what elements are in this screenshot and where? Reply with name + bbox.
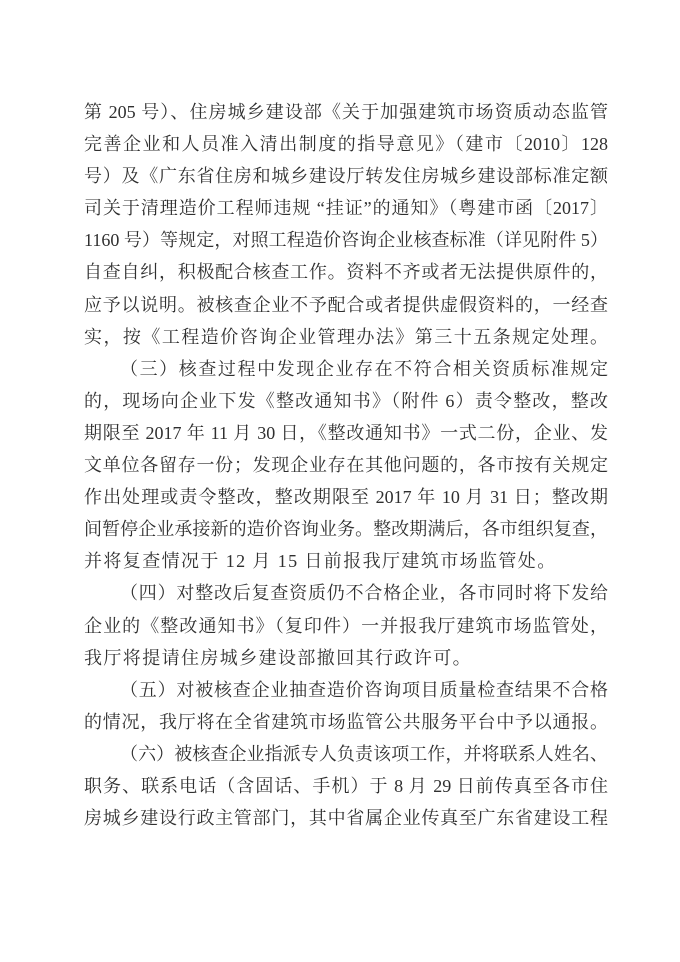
- document-line: 文单位各留存一份；发现企业存在其他问题的，各市按有关规定: [84, 449, 608, 481]
- document-line: 期限至 2017 年 11 月 30 日，《整改通知书》一式二份，企业、发: [84, 417, 608, 449]
- document-line: 自查自纠，积极配合核查工作。资料不齐或者无法提供原件的，: [84, 256, 608, 288]
- paragraph: 第 205 号）、住房城乡建设部《关于加强建筑市场资质动态监管完善企业和人员准入…: [84, 96, 608, 353]
- paragraph: （五）对被核查企业抽查造价咨询项目质量检查结果不合格的情况，我厅将在全省建筑市场…: [84, 674, 608, 738]
- document-line: 职务、联系电话（含固话、手机）于 8 月 29 日前传真至各市住: [84, 770, 608, 802]
- document-line: 房城乡建设行政主管部门，其中省属企业传真至广东省建设工程: [84, 802, 608, 834]
- document-line: （三）核查过程中发现企业存在不符合相关资质标准规定: [84, 353, 608, 385]
- document-line: （四）对整改后复查资质仍不合格企业，各市同时将下发给: [84, 577, 608, 609]
- paragraph: （四）对整改后复查资质仍不合格企业，各市同时将下发给企业的《整改通知书》（复印件…: [84, 577, 608, 673]
- document-line: 我厅将提请住房城乡建设部撤回其行政许可。: [84, 642, 608, 674]
- document-line: 的，现场向企业下发《整改通知书》（附件 6）责令整改，整改: [84, 385, 608, 417]
- document-page: { "page": { "background_color": "#ffffff…: [0, 0, 680, 962]
- document-line: （五）对被核查企业抽查造价咨询项目质量检查结果不合格: [84, 674, 608, 706]
- document-line: 司关于清理造价工程师违规 “挂证”的通知》（粤建市函〔2017〕: [84, 192, 608, 224]
- document-line: 并将复查情况于 12 月 15 日前报我厅建筑市场监管处。: [84, 545, 608, 577]
- document-content: 第 205 号）、住房城乡建设部《关于加强建筑市场资质动态监管完善企业和人员准入…: [84, 96, 608, 834]
- document-line: 应予以说明。被核查企业不予配合或者提供虚假资料的，一经查: [84, 289, 608, 321]
- paragraph: （六）被核查企业指派专人负责该项工作，并将联系人姓名、职务、联系电话（含固话、手…: [84, 738, 608, 834]
- document-line: 的情况，我厅将在全省建筑市场监管公共服务平台中予以通报。: [84, 706, 608, 738]
- document-line: 1160 号）等规定，对照工程造价咨询企业核查标准（详见附件 5）: [84, 224, 608, 256]
- document-line: 间暂停企业承接新的造价咨询业务。整改期满后，各市组织复查，: [84, 513, 608, 545]
- document-line: 实，按《工程造价咨询企业管理办法》第三十五条规定处理。: [84, 321, 608, 353]
- document-line: 作出处理或责令整改，整改期限至 2017 年 10 月 31 日；整改期: [84, 481, 608, 513]
- paragraph: （三）核查过程中发现企业存在不符合相关资质标准规定的，现场向企业下发《整改通知书…: [84, 353, 608, 578]
- document-line: （六）被核查企业指派专人负责该项工作，并将联系人姓名、: [84, 738, 608, 770]
- document-line: 第 205 号）、住房城乡建设部《关于加强建筑市场资质动态监管: [84, 96, 608, 128]
- document-line: 完善企业和人员准入清出制度的指导意见》（建市〔2010〕128: [84, 128, 608, 160]
- document-line: 企业的《整改通知书》（复印件）一并报我厅建筑市场监管处，: [84, 610, 608, 642]
- document-line: 号）及《广东省住房和城乡建设厅转发住房城乡建设部标准定额: [84, 160, 608, 192]
- document-sheet: 第 205 号）、住房城乡建设部《关于加强建筑市场资质动态监管完善企业和人员准入…: [0, 0, 680, 962]
